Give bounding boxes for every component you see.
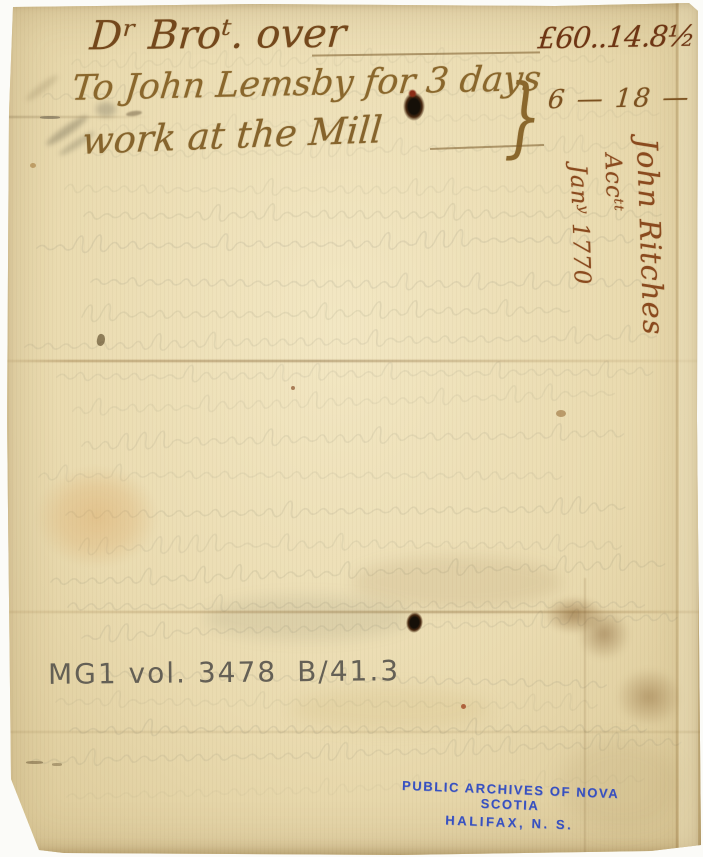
docket-inscription: John Ritches Accᵗᵗ Janʸ 1770 <box>554 136 671 355</box>
archival-reference: MG1 vol. 3478 B/41.3 <box>48 654 400 691</box>
archival-collection-number: MG1 vol. 3478 <box>48 655 277 690</box>
fold-crease <box>0 611 703 613</box>
pencil-mark <box>52 763 62 766</box>
paper-sheet: Dʳ Broᵗ. over £60..14.8½ To John Lemsby … <box>0 0 703 857</box>
docket-name: John Ritches <box>629 136 671 352</box>
fold-crease-vertical <box>676 0 678 857</box>
ledger-line1-amount: £60..14.8½ <box>537 19 696 56</box>
fold-crease <box>0 360 703 362</box>
ink-stain <box>616 668 682 726</box>
ink-speck <box>556 410 566 417</box>
ledger-line2-amount: 6 — 18 — <box>547 83 692 116</box>
discoloration-stain <box>290 688 490 730</box>
ink-stain <box>578 608 630 660</box>
discoloration-stain <box>352 556 562 608</box>
archival-item-number: B/41.3 <box>297 654 400 688</box>
discoloration-stain <box>36 466 158 568</box>
scanned-document: Dʳ Broᵗ. over £60..14.8½ To John Lemsby … <box>0 0 703 857</box>
fold-highlight <box>679 0 698 857</box>
docket-date: Janʸ 1770 <box>559 138 601 354</box>
ledger-line1-text: Dʳ Broᵗ. over <box>88 11 348 60</box>
pencil-mark <box>26 761 43 764</box>
pencil-mark <box>40 116 60 119</box>
ink-speck <box>291 386 295 390</box>
ink-speck <box>461 704 466 709</box>
fold-crease <box>0 731 703 733</box>
ledger-brace: } <box>504 70 542 166</box>
ink-speck <box>30 163 36 168</box>
discoloration-stain <box>205 596 410 640</box>
